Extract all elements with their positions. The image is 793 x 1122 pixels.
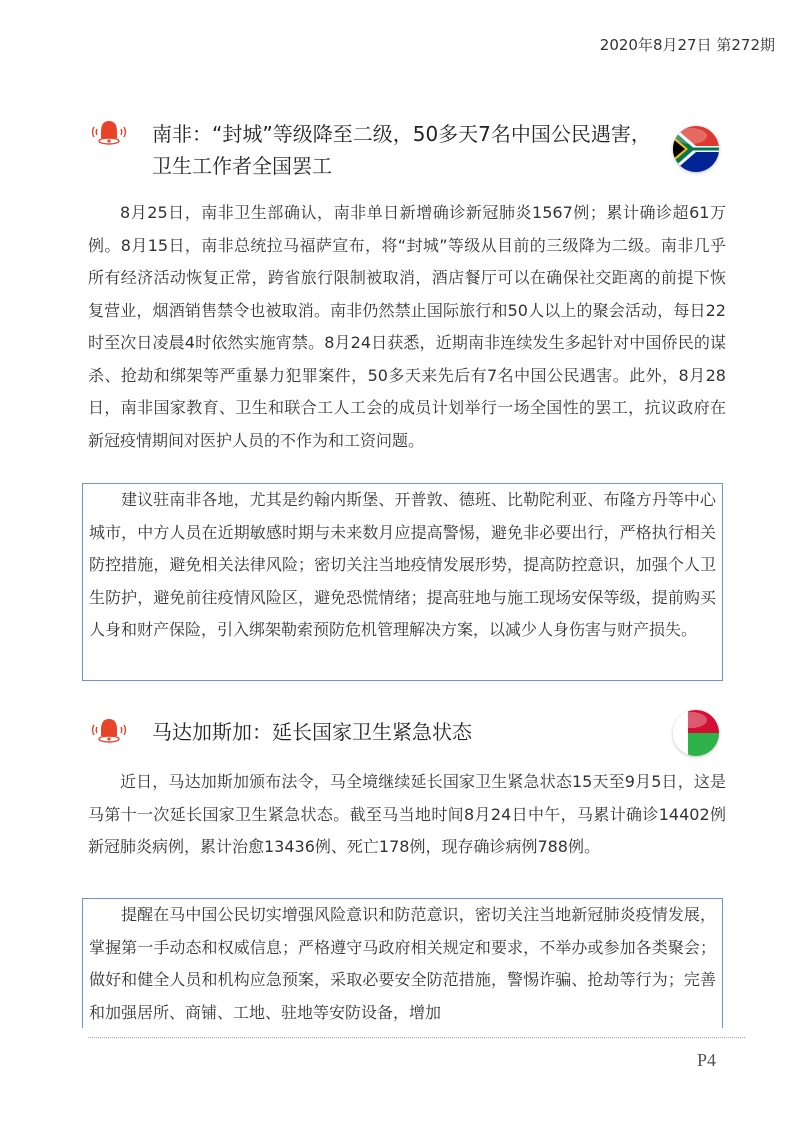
advice-text: 建议驻南非各地，尤其是约翰内斯堡、开普敦、德班、比勒陀利亚、布隆方丹等中心城市，… bbox=[89, 484, 716, 647]
issue-date-number: 2020年8月27日 第272期 bbox=[600, 34, 775, 55]
article-body-madagascar: 近日，马达加斯加颁布法令，马全境继续延长国家卫生紧急状态15天至9月5日，这是马… bbox=[88, 766, 726, 864]
advice-text: 提醒在马中国公民切实增强风险意识和防范意识，密切关注当地新冠肺炎疫情发展，掌握第… bbox=[89, 899, 716, 1028]
section-header-madagascar: 马达加斯加：延长国家卫生紧急状态 bbox=[88, 716, 652, 748]
footer-divider bbox=[88, 1037, 745, 1038]
alarm-bell-icon bbox=[88, 118, 130, 148]
south-africa-flag-icon bbox=[673, 126, 719, 172]
page-number: P4 bbox=[697, 1050, 716, 1071]
advice-box-south-africa: 建议驻南非各地，尤其是约翰内斯堡、开普敦、德班、比勒陀利亚、布隆方丹等中心城市，… bbox=[82, 483, 723, 681]
advice-box-madagascar: 提醒在马中国公民切实增强风险意识和防范意识，密切关注当地新冠肺炎疫情发展，掌握第… bbox=[82, 898, 723, 1028]
section-title: 马达加斯加：延长国家卫生紧急状态 bbox=[152, 716, 652, 748]
madagascar-flag-icon bbox=[673, 710, 719, 756]
alarm-bell-icon bbox=[88, 716, 130, 746]
article-body-south-africa: 8月25日，南非卫生部确认，南非单日新增确诊新冠肺炎1567例；累计确诊超61万… bbox=[88, 197, 726, 457]
section-title: 南非：“封城”等级降至二级，50多天7名中国公民遇害，卫生工作者全国罢工 bbox=[152, 118, 652, 182]
section-header-south-africa: 南非：“封城”等级降至二级，50多天7名中国公民遇害，卫生工作者全国罢工 bbox=[88, 118, 652, 182]
